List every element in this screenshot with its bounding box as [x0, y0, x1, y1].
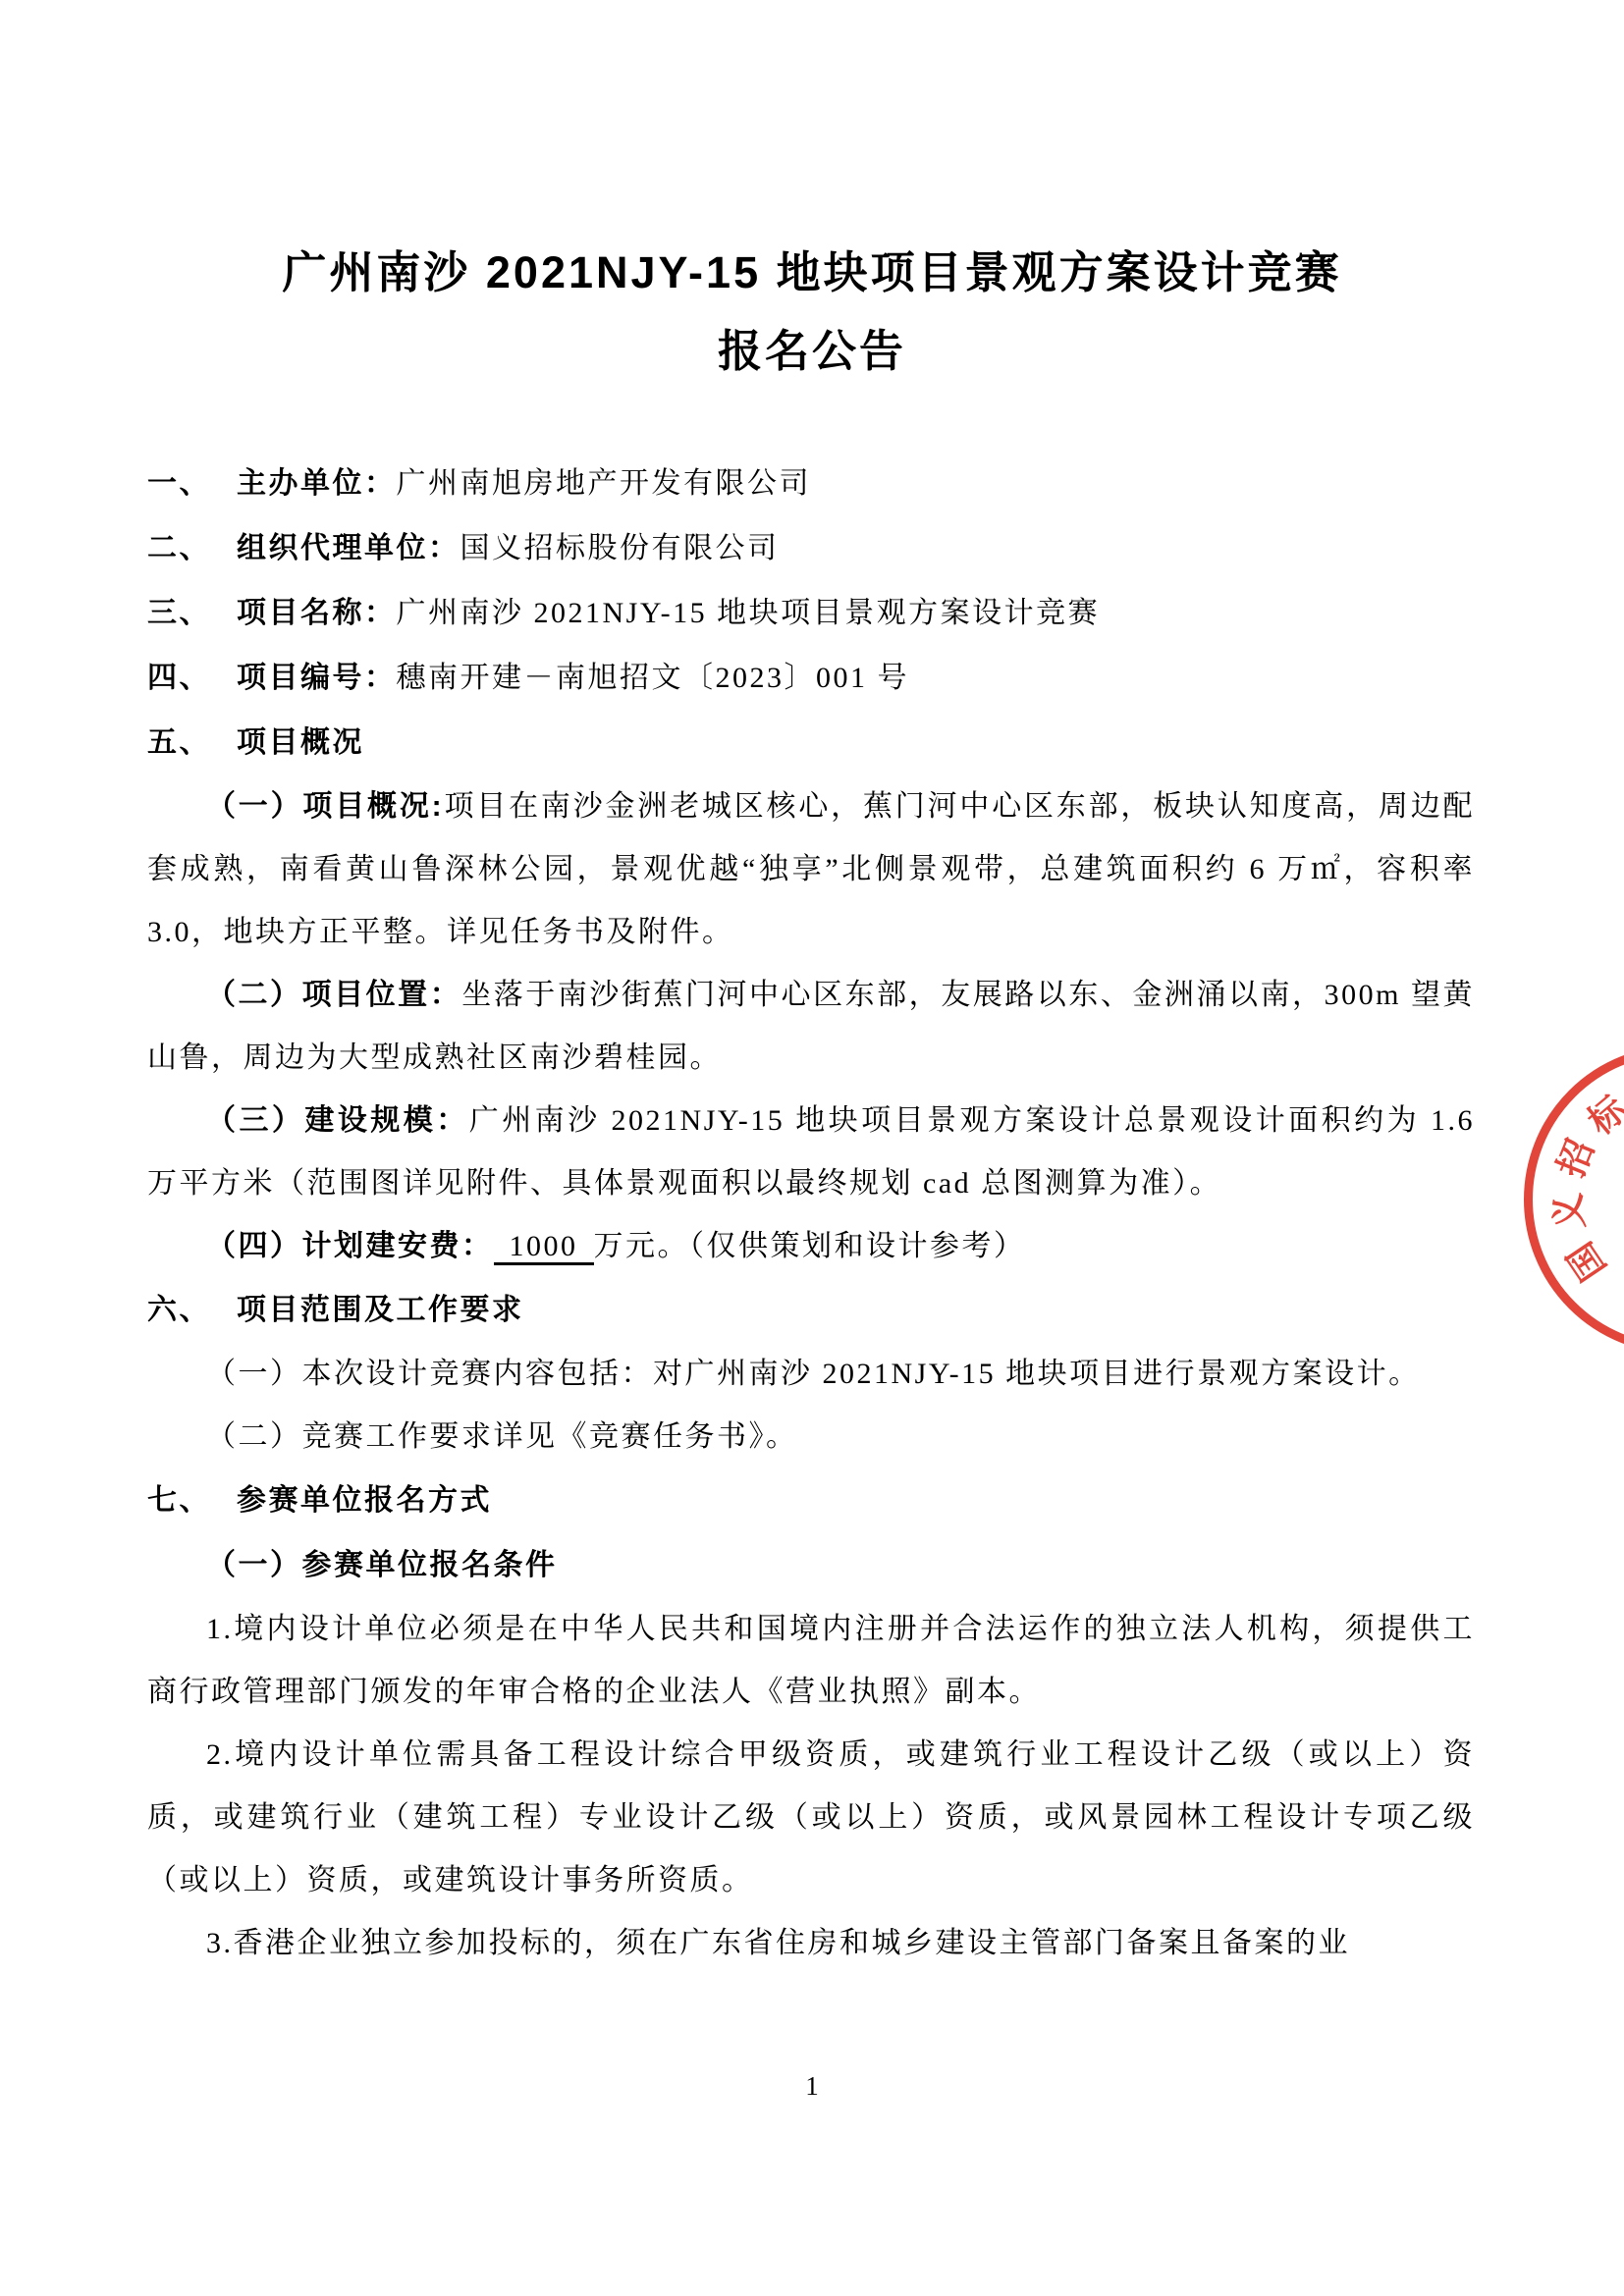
section-title: 项目概况 [237, 726, 364, 759]
paragraph: （三）建设规模：广州南沙 2021NJY-15 地块项目景观方案设计总景观设计面… [147, 1090, 1475, 1215]
paragraph: （二）竞赛工作要求详见《竞赛任务书》。 [147, 1406, 1475, 1468]
text-run: （三）建设规模： [206, 1104, 469, 1137]
numbered-item: 三、项目名称：广州南沙 2021NJY-15 地块项目景观方案设计竞赛 [147, 581, 1475, 646]
paragraph: （四）计划建安费： 1000 万元。（仅供策划和设计参考） [147, 1215, 1475, 1278]
seal-char: 标 [1582, 1090, 1624, 1141]
paragraph: 1.境内设计单位必须是在中华人民共和国境内注册并合法运作的独立法人机构，须提供工… [147, 1598, 1475, 1724]
section-number: 六、 [147, 1294, 211, 1326]
document-page: 广州南沙 2021NJY-15 地块项目景观方案设计竞赛 报名公告 一、主办单位… [0, 0, 1624, 2296]
item-number: 二、 [147, 532, 211, 564]
paragraph: 3.香港企业独立参加投标的，须在广东省住房和城乡建设主管部门备案且备案的业 [147, 1912, 1475, 1975]
document-body: 一、主办单位：广州南旭房地产开发有限公司二、组织代理单位：国义招标股份有限公司三… [147, 452, 1475, 1975]
paragraph: （二）项目位置：坐落于南沙街蕉门河中心区东部，友展路以东、金洲涌以南，300m … [147, 964, 1475, 1090]
item-number: 四、 [147, 662, 211, 694]
document-title: 广州南沙 2021NJY-15 地块项目景观方案设计竞赛 报名公告 [0, 234, 1624, 391]
text-run: 1.境内设计单位必须是在中华人民共和国境内注册并合法运作的独立法人机构，须提供工… [147, 1613, 1475, 1708]
section-heading: 七、参赛单位报名方式 [147, 1468, 1475, 1533]
item-value: 国义招标股份有限公司 [460, 532, 780, 564]
item-key: 项目编号： [237, 662, 397, 694]
title-line-2: 报名公告 [0, 312, 1624, 391]
filled-blank-value: 1000 [494, 1230, 594, 1265]
numbered-item: 一、主办单位：广州南旭房地产开发有限公司 [147, 452, 1475, 516]
sub-heading: （一）参赛单位报名条件 [147, 1533, 1475, 1598]
sub-heading-text: （一）参赛单位报名条件 [206, 1549, 558, 1581]
seal-char: 义 [1548, 1191, 1589, 1231]
section-heading: 五、项目概况 [147, 711, 1475, 775]
text-run: （二）竞赛工作要求详见《竞赛任务书》。 [206, 1420, 798, 1453]
numbered-item: 二、组织代理单位：国义招标股份有限公司 [147, 516, 1475, 581]
item-key: 项目名称： [237, 597, 397, 629]
item-value: 广州南旭房地产开发有限公司 [397, 467, 812, 500]
paragraph: 2.境内设计单位需具备工程设计综合甲级资质，或建筑行业工程设计乙级（或以上）资质… [147, 1724, 1475, 1912]
item-value: 广州南沙 2021NJY-15 地块项目景观方案设计竞赛 [397, 597, 1101, 629]
item-number: 一、 [147, 467, 211, 500]
section-number: 七、 [147, 1484, 211, 1517]
section-title: 参赛单位报名方式 [237, 1484, 492, 1517]
numbered-item: 四、项目编号：穗南开建－南旭招文〔2023〕001 号 [147, 646, 1475, 711]
seal-char: 招 [1552, 1135, 1599, 1182]
text-run: （二）项目位置： [206, 979, 461, 1011]
section-title: 项目范围及工作要求 [237, 1294, 524, 1326]
text-run: （一）本次设计竞赛内容包括：对广州南沙 2021NJY-15 地块项目进行景观方… [206, 1358, 1421, 1390]
title-line-1: 广州南沙 2021NJY-15 地块项目景观方案设计竞赛 [0, 234, 1624, 312]
section-heading: 六、项目范围及工作要求 [147, 1278, 1475, 1343]
text-run: （四）计划建安费： [206, 1230, 494, 1262]
company-seal: 国义招标 [1524, 1045, 1624, 1354]
paragraph: （一）项目概况:项目在南沙金洲老城区核心，蕉门河中心区东部，板块认知度高，周边配… [147, 775, 1475, 964]
page-number: 1 [0, 2071, 1624, 2102]
text-run: 万元。（仅供策划和设计参考） [594, 1230, 1026, 1262]
seal-char: 国 [1561, 1236, 1611, 1286]
section-number: 五、 [147, 726, 211, 759]
text-run: 2.境内设计单位需具备工程设计综合甲级资质，或建筑行业工程设计乙级（或以上）资质… [147, 1738, 1475, 1896]
item-key: 组织代理单位： [237, 532, 460, 564]
item-number: 三、 [147, 597, 211, 629]
text-run: （一）项目概况: [206, 790, 444, 823]
text-run: 3.香港企业独立参加投标的，须在广东省住房和城乡建设主管部门备案且备案的业 [206, 1927, 1350, 1959]
paragraph: （一）本次设计竞赛内容包括：对广州南沙 2021NJY-15 地块项目进行景观方… [147, 1343, 1475, 1406]
item-value: 穗南开建－南旭招文〔2023〕001 号 [397, 662, 910, 694]
item-key: 主办单位： [237, 467, 397, 500]
